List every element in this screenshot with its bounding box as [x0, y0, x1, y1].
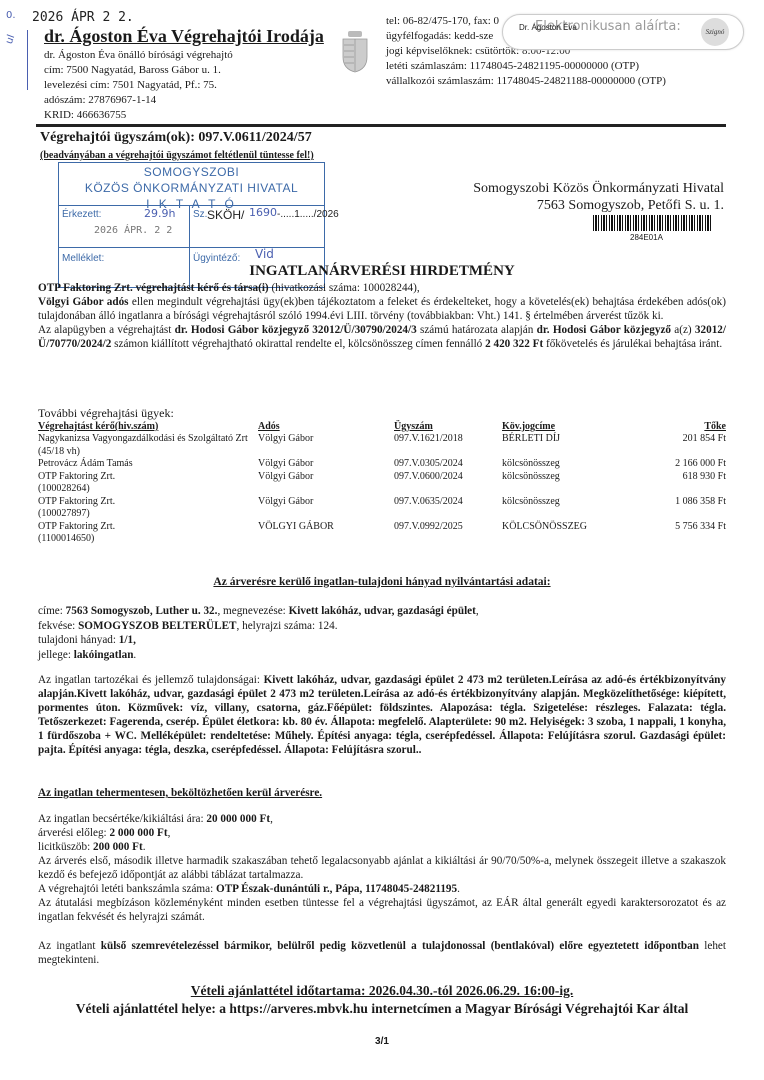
basis-text: a(z)	[671, 324, 695, 336]
row-debtor: VÖLGYI GÁBOR	[258, 521, 394, 546]
row-creditor: OTP Faktoring Zrt.	[38, 521, 258, 534]
row-capital: 5 756 334 Ft	[622, 521, 726, 546]
escrow-account: letéti számlaszám: 11748045-24821195-000…	[386, 59, 666, 74]
debtor-text: ellen megindult végrehajtási ügy(ek)ben …	[38, 296, 726, 322]
property-features: Az ingatlan tartozékai és jellemző tulaj…	[38, 673, 726, 757]
electronic-signature-badge[interactable]: Elektronikusan aláírta: Dr. Ágoston Éva …	[502, 14, 744, 50]
page-number: 3/1	[0, 1036, 764, 1047]
esign-signer: Dr. Ágoston Éva	[519, 23, 577, 32]
starting-price: 20 000 000 Ft	[206, 813, 270, 825]
property-features-text: Kivett lakóház, udvar, gazdasági épület …	[38, 674, 726, 756]
received-hand-note: 29.9h	[144, 207, 175, 220]
row-claim-title: kölcsönösszeg	[502, 458, 622, 471]
property-registry: címe: 7563 Somogyszob, Luther u. 32., me…	[38, 604, 726, 662]
label: tulajdoni hányad:	[38, 634, 119, 646]
label: , helyrajzi száma:	[237, 620, 318, 632]
reg-prefix: SKÖH/	[207, 208, 244, 222]
row-debtor: Völgyi Gábor	[258, 496, 394, 521]
basis-text: számon kiállított végrehajtható okiratta…	[111, 338, 485, 350]
recipient-name: Somogyszobi Közös Önkormányzati Hivatal	[473, 180, 724, 197]
label: licitküszöb:	[38, 841, 93, 853]
recipient-address: Somogyszobi Közös Önkormányzati Hivatal …	[473, 180, 724, 214]
row-case-number: 097.V.0992/2025	[394, 521, 502, 546]
received-label: Érkezett:	[62, 209, 101, 220]
reg-hand-number: 1690	[249, 206, 277, 219]
label: Az ingatlan tartozékai és jellemző tulaj…	[38, 674, 264, 686]
row-capital: 1 086 358 Ft	[622, 496, 726, 521]
row-claim-title: KÖLCSÖNÖSSZEG	[502, 521, 622, 546]
row-creditor: Petrovácz Ádám Tamás	[38, 458, 258, 471]
col-capital: Tőke	[622, 420, 726, 433]
property-address: 7563 Somogyszob, Luther u. 32.	[66, 605, 218, 617]
stamp-header-1: SOMOGYSZOBI	[59, 166, 324, 179]
basis-text: főkövetelés és járulékai behajtása iránt…	[543, 338, 722, 350]
property-share: 1/1,	[119, 634, 136, 646]
col-debtor: Adós	[258, 420, 394, 433]
bank-account: OTP Észak-dunántúli r., Pápa, 11748045-2…	[216, 883, 457, 895]
unencumbered-notice: Az ingatlan tehermentesen, beköltözhetőe…	[38, 786, 726, 800]
office-details: dr. Ágoston Éva önálló bírósági végrehaj…	[44, 48, 233, 123]
row-ref: (45/18 vh)	[38, 446, 258, 459]
table-row: OTP Faktoring Zrt.(100028264) Völgyi Gáb…	[38, 471, 726, 496]
inspection-paragraph: Az ingatlant külső szemrevételezéssel bá…	[38, 939, 726, 967]
label: címe:	[38, 605, 66, 617]
table-header: Végrehajtást kérő(hiv.szám) Adós Ügyszám…	[38, 420, 726, 433]
property-lot-number: 124.	[318, 620, 338, 632]
recipient-street: 7563 Somogyszob, Petőfi S. u. 1.	[473, 197, 724, 214]
case-number-note: (beadványában a végrehajtói ügyszámot fe…	[40, 150, 314, 161]
label: , megnevezése:	[217, 605, 288, 617]
property-name: Kivett lakóház, udvar, gazdasági épület	[289, 605, 476, 617]
reg-suffix: -.....1...../2026	[277, 209, 339, 220]
label: jellege:	[38, 649, 74, 661]
row-claim-title: kölcsönösszeg	[502, 471, 622, 496]
other-cases-table: Végrehajtást kérő(hiv.szám) Adós Ügyszám…	[38, 420, 726, 546]
basis-text: Az alapügyben a végrehajtást	[38, 324, 175, 336]
row-capital: 618 930 Ft	[622, 471, 726, 496]
row-creditor: Nagykanizsa Vagyongazdálkodási és Szolgá…	[38, 433, 258, 446]
label: fekvése:	[38, 620, 78, 632]
basis-notary: dr. Hodosi Gábor közjegyző	[537, 324, 671, 336]
row-ref: (100028264)	[38, 483, 258, 496]
creditor-name: OTP Faktoring Zrt. végrehajtást kérő és …	[38, 282, 269, 294]
row-claim-title: BÉRLETI DÍJ	[502, 433, 622, 458]
creditor-ref: (hivatkozási száma: 100028244),	[269, 282, 420, 294]
document-title: INGATLANÁRVERÉSI HIRDETMÉNY	[0, 263, 764, 280]
property-location: SOMOGYSZOB BELTERÜLET	[78, 620, 236, 632]
table-row: OTP Faktoring Zrt.(1100014650) VÖLGYI GÁ…	[38, 521, 726, 546]
office-mail-address: levelezési cím: 7501 Nagyatád, Pf.: 75.	[44, 78, 233, 93]
office-tax-number: adószám: 27876967-1-14	[44, 93, 233, 108]
offer-place: Vételi ajánlattétel helye: a https://arv…	[0, 1001, 764, 1017]
office-krid: KRID: 466636755	[44, 108, 233, 123]
label: árverési előleg:	[38, 827, 109, 839]
table-row: Nagykanizsa Vagyongazdálkodási és Szolgá…	[38, 433, 726, 458]
row-case-number: 097.V.0600/2024	[394, 471, 502, 496]
business-account: vállalkozói számlaszám: 11748045-2482118…	[386, 74, 666, 89]
reg-label: Sz.	[193, 209, 207, 220]
basis-text: számú határozata alapján	[417, 324, 537, 336]
received-date-stamp: 2026 ÁPR 2 2.	[32, 10, 134, 25]
row-debtor: Völgyi Gábor	[258, 471, 394, 496]
col-creditor: Végrehajtást kérő(hiv.szám)	[38, 420, 258, 433]
table-row: Petrovácz Ádám Tamás Völgyi Gábor 097.V.…	[38, 458, 726, 471]
basis-amount: 2 420 322 Ft	[485, 338, 543, 350]
property-type: lakóingatlan	[74, 649, 134, 661]
row-claim-title: kölcsönösszeg	[502, 496, 622, 521]
col-claim-title: Köv.jogcíme	[502, 420, 622, 433]
row-case-number: 097.V.0635/2024	[394, 496, 502, 521]
stages-text: Az árverés első, második illetve harmadi…	[38, 855, 726, 881]
label: Az ingatlan becsértéke/kikiáltási ára:	[38, 813, 206, 825]
property-heading: Az árverésre kerülő ingatlan-tulajdoni h…	[0, 576, 764, 588]
other-cases-title: További végrehajtási ügyek:	[38, 406, 174, 421]
transfer-note: Az átutalási megbízáson közleményként mi…	[38, 897, 726, 923]
row-case-number: 097.V.0305/2024	[394, 458, 502, 471]
offer-period: Vételi ajánlattétel időtartama: 2026.04.…	[0, 983, 764, 999]
office-line: dr. Ágoston Éva önálló bírósági végrehaj…	[44, 48, 233, 63]
case-number: Végrehajtói ügyszám(ok): 097.V.0611/2024…	[40, 130, 312, 146]
col-case-number: Ügyszám	[394, 420, 502, 433]
row-ref: (100027897)	[38, 508, 258, 521]
handwritten-mark: ul	[4, 33, 17, 45]
signature-seal-icon: Szignó	[701, 18, 729, 46]
pricing-section: Az ingatlan becsértéke/kikiáltási ára: 2…	[38, 812, 726, 924]
stamp-header-2: KÖZÖS ÖNKORMÁNYZATI HIVATAL	[59, 182, 324, 195]
row-debtor: Völgyi Gábor	[258, 458, 394, 471]
coat-of-arms-icon	[340, 29, 370, 73]
handwritten-mark: 0.	[6, 10, 16, 21]
barcode-icon	[593, 215, 713, 231]
row-debtor: Völgyi Gábor	[258, 433, 394, 458]
auction-deposit: 2 000 000 Ft	[109, 827, 167, 839]
row-capital: 2 166 000 Ft	[622, 458, 726, 471]
table-row: OTP Faktoring Zrt.(100027897) Völgyi Gáb…	[38, 496, 726, 521]
barcode-text: 284E01A	[630, 233, 663, 242]
office-name: dr. Ágoston Éva Végrehajtói Irodája	[44, 26, 324, 47]
inspection-text: Az ingatlant	[38, 940, 101, 952]
row-case-number: 097.V.1621/2018	[394, 433, 502, 458]
handwritten-line	[27, 30, 28, 90]
row-ref: (1100014650)	[38, 533, 258, 546]
handler-hand: Vid	[255, 247, 274, 261]
intro-paragraph: OTP Faktoring Zrt. végrehajtást kérő és …	[38, 281, 726, 351]
debtor-name: Völgyi Gábor adós	[38, 296, 129, 308]
row-creditor: OTP Faktoring Zrt.	[38, 471, 258, 484]
office-address: cím: 7500 Nagyatád, Baross Gábor u. 1.	[44, 63, 233, 78]
bid-increment: 200 000 Ft	[93, 841, 143, 853]
received-date: 2026 ÁPR. 2 2	[94, 225, 172, 236]
inspection-bold: külső szemrevételezéssel bármikor, belül…	[101, 940, 699, 952]
row-creditor: OTP Faktoring Zrt.	[38, 496, 258, 509]
basis-notary: dr. Hodosi Gábor közjegyző 32012/Ü/30790…	[175, 324, 417, 336]
label: A végrehajtói letéti bankszámla száma:	[38, 883, 216, 895]
row-capital: 201 854 Ft	[622, 433, 726, 458]
header-divider	[36, 124, 726, 127]
